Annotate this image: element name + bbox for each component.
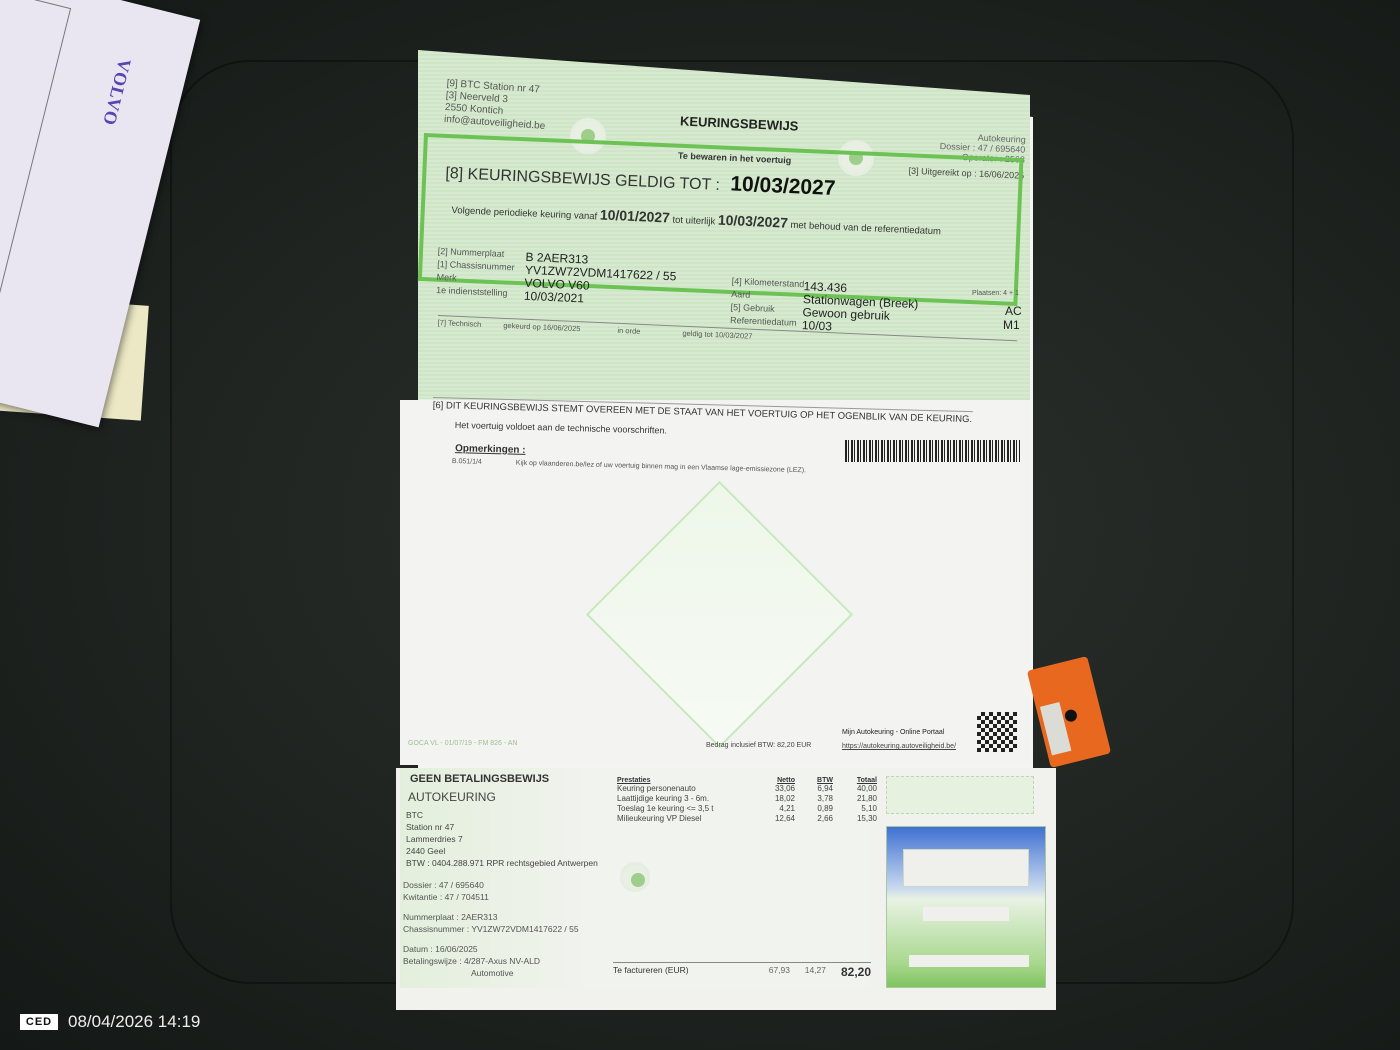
col-header: Totaal — [837, 777, 881, 784]
stub-field — [923, 907, 1009, 921]
service-cell: 12,64 — [751, 814, 799, 824]
photo-timestamp: 08/04/2026 14:19 — [68, 1012, 200, 1032]
code-ac: AC — [1005, 304, 1022, 318]
total-btw: 14,27 — [790, 965, 826, 979]
total-netto: 67,93 — [750, 965, 790, 979]
tag-hole — [1064, 708, 1079, 723]
issuer-block: [9] BTC Station nr 47 [3] Neerveld 3 255… — [444, 78, 548, 133]
code-m1: M1 — [1003, 318, 1020, 332]
service-row: Milieukeuring VP Diesel12,642,6615,30 — [613, 814, 881, 824]
service-cell: 6,94 — [799, 784, 837, 794]
barcode — [845, 440, 1020, 462]
vat-number: BTW : 0404.288.971 RPR rechtsgebied Antw… — [406, 857, 598, 869]
service-cell: Laattijdige keuring 3 - 6m. — [613, 794, 751, 804]
col-header: BTW — [799, 777, 837, 784]
qr-code — [977, 712, 1017, 752]
service-row: Toeslag 1e keuring <= 3,5 t4,210,895,10 — [613, 804, 881, 814]
receipt-subtitle: AUTOKEURING — [408, 790, 496, 804]
payment-stub-card — [886, 826, 1046, 988]
service-cell: 18,02 — [751, 794, 799, 804]
vehicle-details-left: [2] NummerplaatB 2AER313 [1] Chassisnumm… — [436, 246, 677, 308]
stub-signature-box — [903, 849, 1029, 887]
address-line: 2440 Geel — [406, 845, 598, 857]
stub-field — [909, 955, 1029, 967]
col-header: Prestaties — [613, 777, 751, 784]
service-cell: Toeslag 1e keuring <= 3,5 t — [613, 804, 751, 814]
service-cell: 2,66 — [799, 814, 837, 824]
payment-stub-top — [886, 776, 1034, 814]
receipt-kwitantie: Kwitantie : 47 / 704511 — [403, 891, 579, 903]
receipt-address: BTC Station nr 47 Lammerdries 7 2440 Gee… — [406, 809, 598, 869]
address-line: Lammerdries 7 — [406, 833, 598, 845]
receipt-plate: Nummerplaat : 2AER313 — [403, 911, 579, 923]
technical-label: [7] Technisch — [437, 318, 481, 329]
service-cell: 4,21 — [751, 804, 799, 814]
next-to-date: 10/03/2027 — [718, 212, 789, 231]
vehicle-details-right: [4] Kilometerstand143.436 AardStationwag… — [730, 276, 919, 336]
service-cell: 40,00 — [837, 784, 881, 794]
receipt-date: Datum : 16/06/2025 — [403, 943, 579, 955]
ced-logo: CED — [20, 1014, 58, 1030]
service-row: Laattijdige keuring 3 - 6m.18,023,7821,8… — [613, 794, 881, 804]
portal-title: Mijn Autokeuring - Online Portaal — [842, 729, 944, 736]
service-cell: 3,78 — [799, 794, 837, 804]
total-amount: 82,20 — [826, 965, 871, 979]
service-cell: 33,06 — [751, 784, 799, 794]
form-code: GOCA VL - 01/07/19 - FM 826 - AN — [408, 740, 517, 747]
receipt-references: Dossier : 47 / 695640 Kwitantie : 47 / 7… — [403, 879, 579, 979]
remarks-title: Opmerkingen : — [455, 443, 526, 456]
service-cell: 21,80 — [837, 794, 881, 804]
services-table: Prestaties Netto BTW Totaal Keuring pers… — [613, 777, 881, 824]
validity-date: 10/03/2027 — [730, 172, 836, 200]
service-row: Keuring personenauto33,066,9440,00 — [613, 784, 881, 794]
consumption-table — [0, 0, 71, 301]
services-header-row: Prestaties Netto BTW Totaal — [613, 777, 881, 784]
address-line: Station nr 47 — [406, 821, 598, 833]
total-label: Te factureren (EUR) — [613, 965, 750, 979]
service-cell: 5,10 — [837, 804, 881, 814]
receipt-dossier: Dossier : 47 / 695640 — [403, 879, 579, 891]
service-cell: 0,89 — [799, 804, 837, 814]
service-cell: Keuring personenauto — [613, 784, 751, 794]
next-mid: tot uiterlijk — [672, 215, 715, 228]
receipt-payment-cont: Automotive — [471, 967, 579, 979]
services-table-wrap: Prestaties Netto BTW Totaal Keuring pers… — [613, 777, 881, 824]
first-registration-value: 10/03/2021 — [524, 289, 585, 305]
service-cell: 15,30 — [837, 814, 881, 824]
invoice-total-row: Te factureren (EUR) 67,93 14,27 82,20 — [613, 962, 871, 979]
volvo-logo: VOLVO — [98, 56, 135, 128]
receipt-title: GEEN BETALINGSBEWIJS — [410, 773, 549, 785]
amount-incl-vat: Bedrag inclusief BTW: 82,20 EUR — [706, 742, 811, 749]
watermark-eye-icon — [620, 862, 650, 892]
address-line: BTC — [406, 809, 598, 821]
col-header: Netto — [751, 777, 799, 784]
seats-label: Plaatsen: 4 + 1 — [972, 290, 1019, 297]
next-from-date: 10/01/2027 — [600, 206, 671, 225]
receipt-chassis: Chassisnummer : YV1ZW72VDM1417622 / 55 — [403, 923, 579, 935]
portal-link[interactable]: https://autokeuring.autoveiligheid.be/ — [842, 743, 956, 750]
technical-status: in orde — [617, 326, 640, 336]
service-cell: Milieukeuring VP Diesel — [613, 814, 751, 824]
receipt-payment: Betalingswijze : 4/287-Axus NV-ALD — [403, 955, 579, 967]
